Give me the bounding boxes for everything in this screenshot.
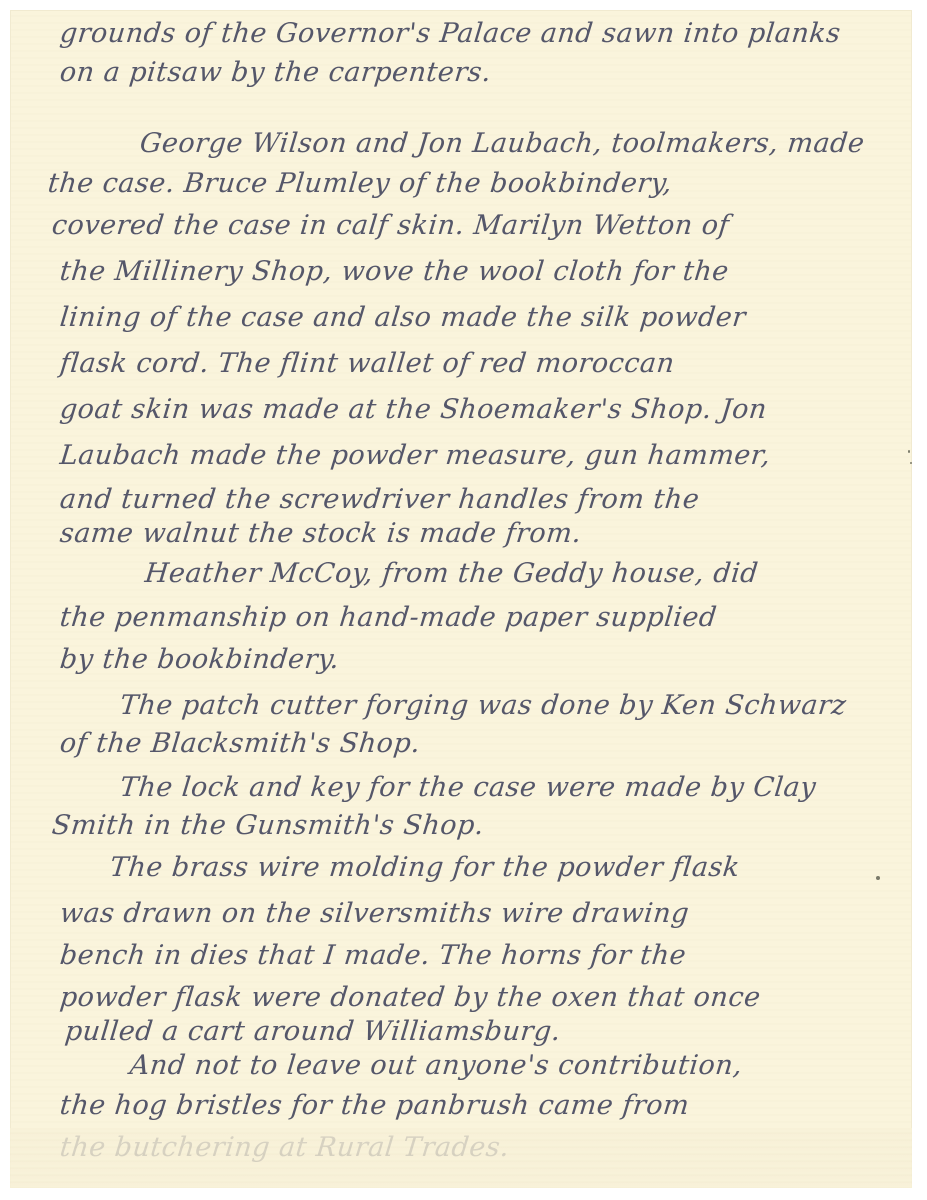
text-line: the hog bristles for the panbrush came f…: [58, 1090, 691, 1121]
text-line: of the Blacksmith's Shop.: [58, 728, 422, 759]
letter-page: grounds of the Governor's Palace and saw…: [10, 10, 912, 1188]
paper-speck: [910, 462, 912, 464]
text-line: covered the case in calf skin. Marilyn W…: [50, 210, 730, 241]
text-line: The patch cutter forging was done by Ken…: [118, 690, 848, 721]
text-line: flask cord. The flint wallet of red moro…: [58, 348, 676, 379]
paper-speck: [876, 876, 880, 880]
text-line: the case. Bruce Plumley of the bookbinde…: [46, 168, 673, 199]
text-line: was drawn on the silversmiths wire drawi…: [58, 898, 690, 929]
text-line: And not to leave out anyone's contributi…: [128, 1050, 744, 1081]
text-line: The brass wire molding for the powder fl…: [108, 852, 741, 883]
paper-speck: [908, 450, 910, 453]
text-line: same walnut the stock is made from.: [58, 518, 583, 549]
text-line: the Millinery Shop, wove the wool cloth …: [58, 256, 730, 287]
text-line: the penmanship on hand-made paper suppli…: [58, 602, 718, 633]
text-line: bench in dies that I made. The horns for…: [58, 940, 687, 971]
text-line: lining of the case and also made the sil…: [58, 302, 747, 333]
paper-bottom-texture: [10, 1128, 912, 1188]
text-line: The lock and key for the case were made …: [118, 772, 817, 803]
text-line: grounds of the Governor's Palace and saw…: [58, 18, 842, 49]
text-line: George Wilson and Jon Laubach, toolmaker…: [138, 128, 866, 159]
text-line: Laubach made the powder measure, gun ham…: [58, 440, 772, 471]
text-line: by the bookbindery.: [58, 644, 341, 675]
text-line: Smith in the Gunsmith's Shop.: [50, 810, 485, 841]
text-line: on a pitsaw by the carpenters.: [58, 57, 492, 88]
handwritten-text-body: grounds of the Governor's Palace and saw…: [10, 10, 912, 1188]
text-line: Heather McCoy, from the Geddy house, did: [143, 558, 759, 589]
text-line: powder flask were donated by the oxen th…: [58, 982, 762, 1013]
text-line: pulled a cart around Williamsburg.: [63, 1016, 562, 1047]
text-line: and turned the screwdriver handles from …: [58, 484, 701, 515]
text-line: goat skin was made at the Shoemaker's Sh…: [58, 394, 768, 425]
